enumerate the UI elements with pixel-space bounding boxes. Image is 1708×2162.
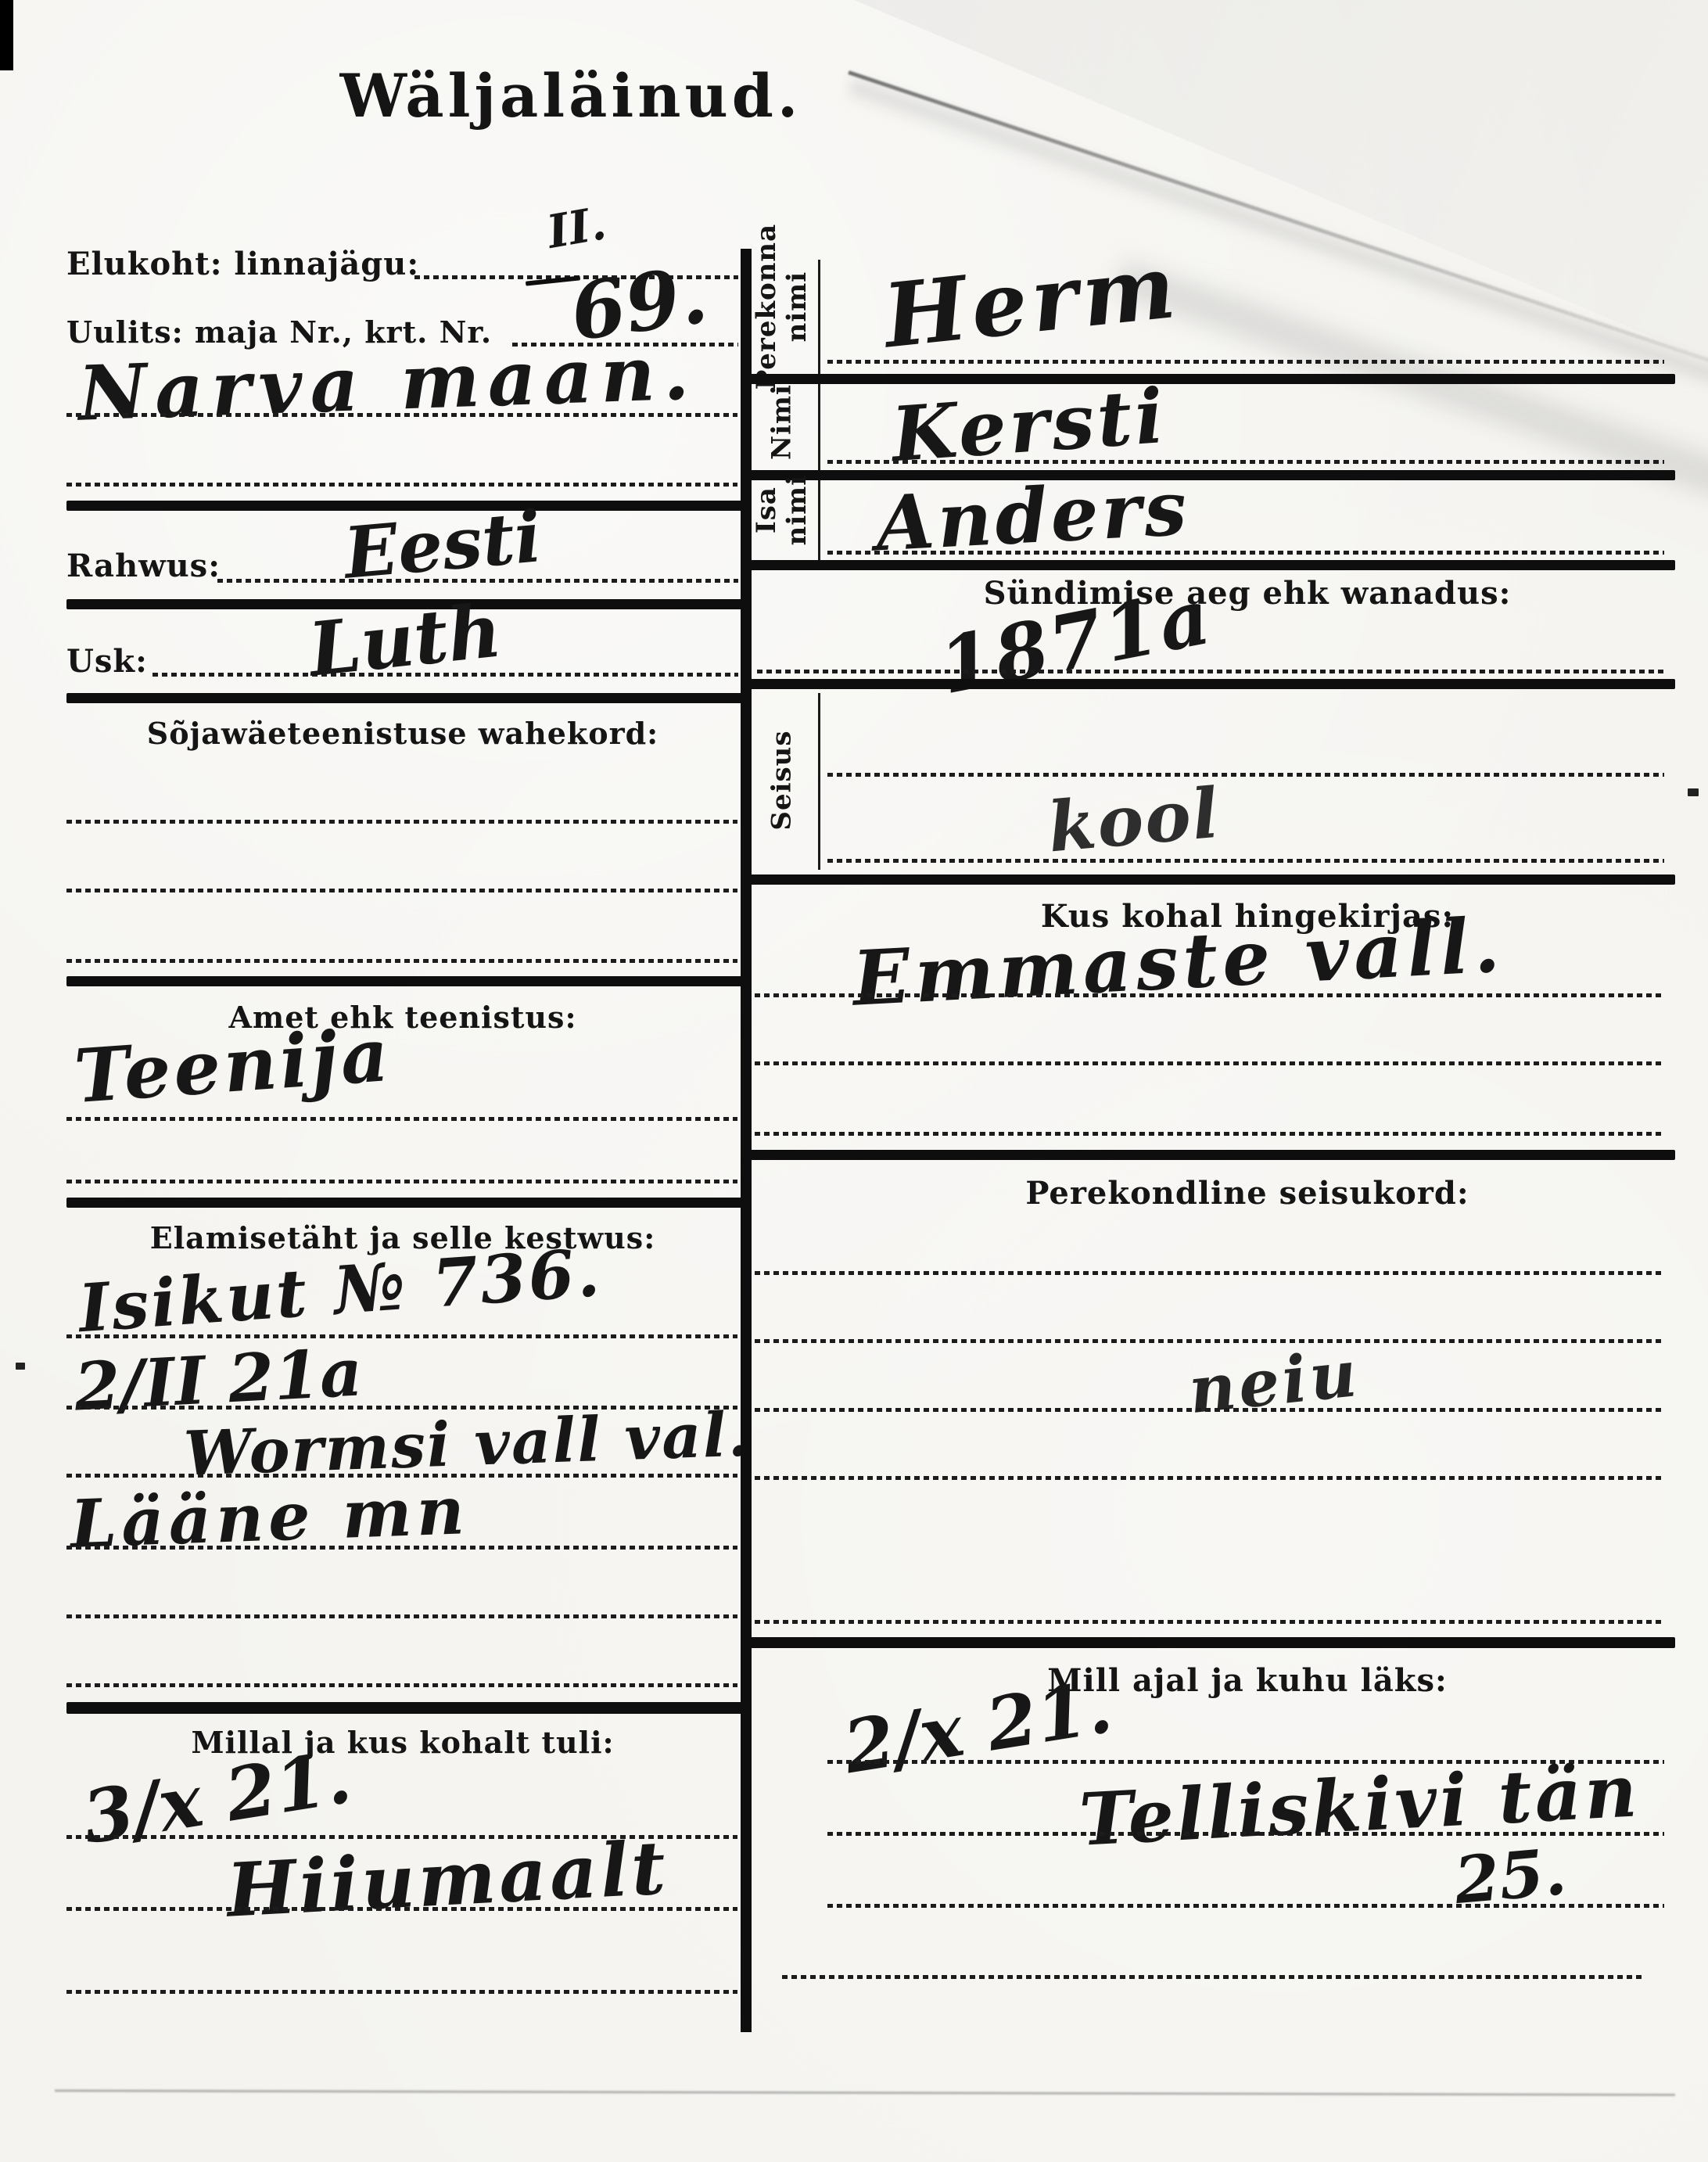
dotted-line (66, 820, 737, 824)
label-rule (818, 693, 820, 870)
arrival-label: Millal ja kus kohalt tuli: (66, 1725, 739, 1760)
section-divider (66, 1702, 744, 1714)
dotted-line (66, 413, 737, 417)
dotted-line (66, 1683, 737, 1687)
dotted-line (755, 1620, 1664, 1624)
dotted-line (66, 959, 737, 963)
dotted-line (755, 1132, 1664, 1136)
scan-speck (16, 1363, 25, 1370)
form-title: Wäljaläinud. (258, 61, 884, 131)
section-divider (745, 1637, 1675, 1648)
dotted-line (827, 460, 1664, 464)
section-divider (745, 679, 1675, 689)
dotted-line (66, 1546, 737, 1550)
dotted-line (827, 360, 1664, 364)
column-divider (741, 249, 752, 2032)
scan-corner-mark (0, 0, 13, 70)
departure-line3-handwriting: 25. (1452, 1840, 1569, 1913)
section-divider (745, 374, 1675, 384)
dotted-line (827, 1904, 1664, 1908)
birth-label: Sündimise aeg ehk wanadus: (829, 575, 1666, 612)
dotted-line (827, 1832, 1664, 1836)
dotted-line (782, 1975, 1642, 1979)
occupation-value-handwriting: Teenija (72, 1018, 393, 1114)
section-divider (66, 693, 744, 703)
section-divider (66, 1198, 744, 1208)
dotted-line (66, 1117, 737, 1121)
status-label: Seisus (766, 695, 797, 867)
section-divider (745, 560, 1675, 570)
dotted-line (755, 1339, 1664, 1343)
dotted-line (66, 1334, 737, 1338)
scanned-form-page: Wäljaläinud. Elukoht: linnajägu: II. Uul… (0, 0, 1708, 2162)
nationality-label: Rahwus: (66, 548, 221, 584)
dotted-line (755, 1271, 1664, 1275)
street-name-handwriting: Narva maan. (77, 335, 698, 432)
dotted-line (757, 670, 1664, 673)
dotted-line (755, 1061, 1664, 1065)
military-service-label: Sõjawäeteenistuse wahekord: (66, 716, 739, 751)
dotted-line (66, 889, 737, 892)
dotted-line (66, 1180, 737, 1183)
status-value-handwriting: kool (1046, 778, 1223, 862)
scan-speck (1688, 788, 1699, 796)
section-divider (745, 1150, 1675, 1160)
section-divider (66, 976, 744, 986)
dotted-line (827, 773, 1664, 777)
religion-label: Usk: (66, 643, 148, 680)
residence-label: Elukoht: linnajägu: (66, 246, 419, 282)
dotted-line (755, 1408, 1664, 1412)
label-rule (818, 260, 820, 560)
religion-value-handwriting: Luth (306, 594, 505, 687)
paper-bottom-edge (55, 2089, 1675, 2096)
dotted-line (827, 859, 1664, 863)
family-name-handwriting: Herm (880, 243, 1183, 361)
dotted-line (827, 551, 1664, 555)
dotted-line (66, 1614, 737, 1618)
dotted-line (66, 1907, 737, 1911)
dotted-line (755, 1476, 1664, 1480)
first-name-handwriting: Kersti (889, 379, 1169, 472)
arrival-line2-handwriting: Hiiumaalt (225, 1831, 670, 1927)
dotted-line (66, 1990, 737, 1994)
father-name-label: Isa nimi (752, 451, 813, 569)
dotted-line (66, 483, 737, 487)
father-name-handwriting: Anders (874, 471, 1192, 562)
residence-value-handwriting: II. (544, 200, 609, 255)
section-divider (745, 874, 1675, 885)
nationality-value-handwriting: Eesti (342, 501, 544, 589)
dotted-line (755, 993, 1664, 997)
marital-status-label: Perekondline seisukord: (829, 1175, 1666, 1212)
